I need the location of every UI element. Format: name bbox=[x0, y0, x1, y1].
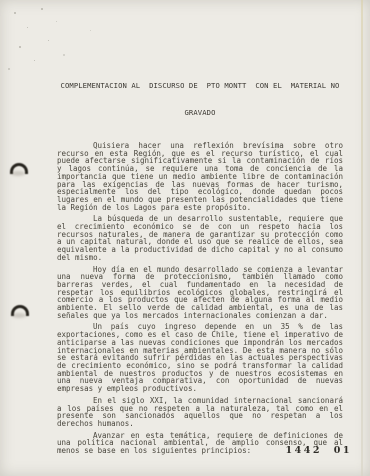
paragraph: Quisiera hacer una reflexión brevísima s… bbox=[57, 142, 343, 211]
document-paragraphs: Quisiera hacer una reflexión brevísima s… bbox=[57, 142, 343, 455]
scan-speck bbox=[56, 21, 57, 22]
paragraph: La búsqueda de un desarrollo sustentable… bbox=[57, 215, 343, 261]
document-body: COMPLEMENTACION AL DISCURSO DE PTO MONTT… bbox=[57, 63, 343, 459]
punch-hole-mark bbox=[11, 305, 29, 316]
scan-edge-line bbox=[361, 0, 363, 476]
paragraph: Hoy día en el mundo desarrollado se comi… bbox=[57, 266, 343, 320]
scan-speck bbox=[8, 68, 10, 70]
document-title: COMPLEMENTACION AL DISCURSO DE PTO MONTT… bbox=[57, 63, 343, 135]
stamp-number: 1442 01 bbox=[286, 445, 352, 456]
document-title-line-2: GRAVADO bbox=[57, 108, 343, 117]
punch-hole-mark bbox=[10, 163, 28, 174]
scan-speck bbox=[90, 30, 91, 31]
paragraph: En el siglo XXI, la comunidad internacio… bbox=[57, 397, 343, 428]
scan-speck bbox=[27, 27, 28, 28]
document-title-line-1: COMPLEMENTACION AL DISCURSO DE PTO MONTT… bbox=[57, 81, 343, 90]
scanned-document-page: COMPLEMENTACION AL DISCURSO DE PTO MONTT… bbox=[0, 0, 370, 476]
scan-speck bbox=[19, 46, 21, 48]
scan-speck bbox=[14, 12, 16, 14]
scan-speck bbox=[48, 40, 49, 41]
scan-speck bbox=[63, 54, 65, 56]
scan-speck bbox=[34, 60, 35, 61]
paragraph: Un país cuyo ingreso depende en un 35 % … bbox=[57, 323, 343, 392]
scan-speck bbox=[41, 8, 43, 10]
